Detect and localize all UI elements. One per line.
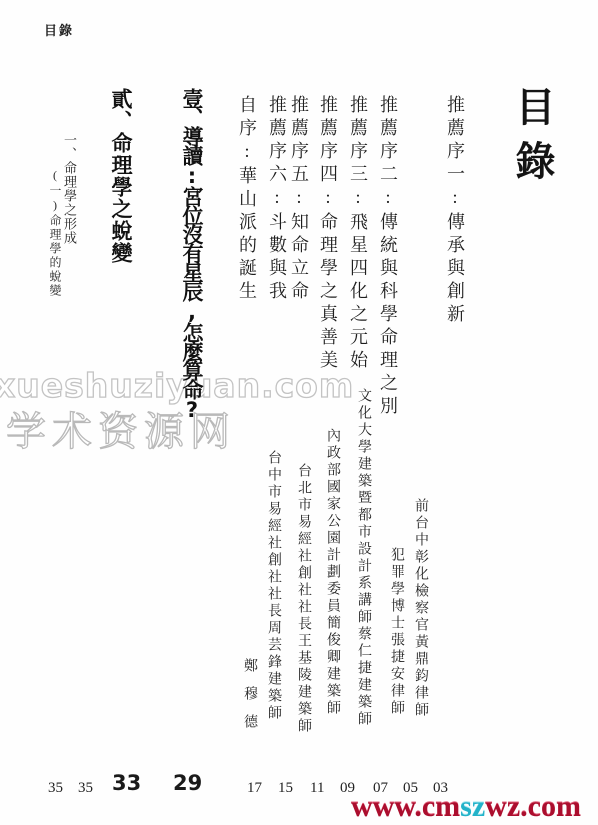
toc-entry-subsection: (一)命理學的蛻變 <box>49 168 61 298</box>
author-preface-1: 前台中彰化檢察官黃鼎鈞律師 <box>413 498 427 719</box>
author-preface-4: 內政部國家公園計劃委員簡俊卿建築師 <box>325 428 339 717</box>
author-preface-6: 台中市易經社創社社長周芸鋒建築師 <box>266 450 280 722</box>
watermark-footer-url-segment-cyan: sz <box>460 790 485 823</box>
author-preface-2: 犯罪學博士張捷安律師 <box>389 547 403 717</box>
toc-entry-preface-1: 推薦序一:傳承與創新 <box>446 95 464 327</box>
page-number-section: 35 <box>78 780 93 797</box>
page-title: 目錄 <box>512 86 552 194</box>
page-number-chapter-1: 29 <box>173 771 202 795</box>
running-header: 目錄 <box>44 20 74 39</box>
watermark-footer-url-segment-red-1: www.cm <box>351 790 460 823</box>
toc-entry-chapter-1: 壹、導讀:宮位沒有星辰,怎麼算命? <box>181 88 202 420</box>
toc-entry-preface-2: 推薦序二:傳統與科學命理之別 <box>379 95 397 419</box>
toc-entry-preface-6: 推薦序六:斗數與我 <box>268 95 286 304</box>
watermark-footer-url-segment-red-2: wz.com <box>485 790 581 823</box>
book-toc-page: 目錄 目錄 推薦序一:傳承與創新 推薦序二:傳統與科學命理之別 推薦序三:飛星四… <box>0 0 598 825</box>
toc-entry-self-preface: 自序:華山派的誕生 <box>238 95 256 304</box>
page-number-preface-6: 15 <box>278 780 293 797</box>
toc-entry-preface-5: 推薦序五:知命立命 <box>290 95 308 304</box>
page-number-subsection: 35 <box>48 780 63 797</box>
page-number-preface-5: 11 <box>310 780 324 797</box>
watermark-footer-url: www.cmszwz.com <box>351 790 581 824</box>
toc-entry-preface-3: 推薦序三:飛星四化之元始 <box>349 95 367 373</box>
page-number-chapter-2: 33 <box>112 771 141 795</box>
toc-entry-preface-4: 推薦序四:命理學之真善美 <box>319 95 337 373</box>
toc-entry-section: 一、命理學之形成 <box>63 133 76 245</box>
author-preface-5: 台北市易經社創社社長王基陵建築師 <box>296 463 310 735</box>
author-self-preface: 鄭穆德 <box>242 658 256 742</box>
toc-entry-chapter-2: 貳、命理學之蛻變 <box>110 88 131 264</box>
page-number-self-preface: 17 <box>247 780 262 797</box>
author-preface-3: 文化大學建築暨都市設計系講師蔡仁捷建築師 <box>356 388 370 728</box>
